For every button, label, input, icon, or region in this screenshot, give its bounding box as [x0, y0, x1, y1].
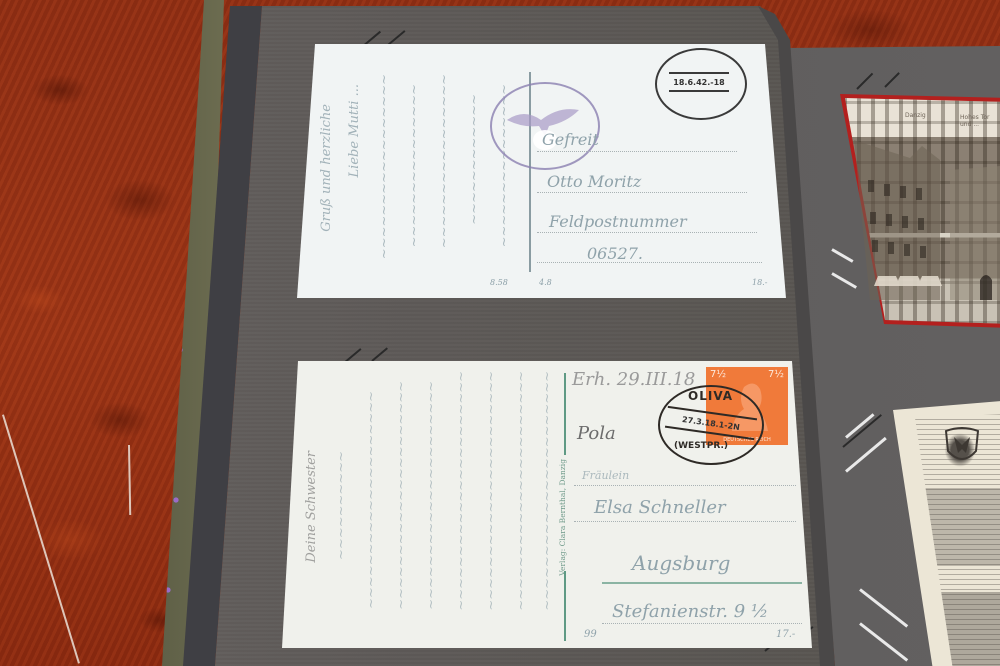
corner-number: 17.- [776, 629, 795, 640]
postmark-date: 27.3.18.1-2N [665, 406, 757, 440]
postcard-bottom: Deine Schwester ~~~~~~~~~~ ~~~~~~~~~~~~~… [282, 361, 812, 648]
signature: Deine Schwester [304, 451, 319, 563]
card-divider [564, 373, 566, 455]
postmark-feldpost: 18.6.42.-18 [655, 48, 747, 120]
corner-number: 18.- [752, 278, 767, 287]
address-line: Elsa Schneller [594, 497, 726, 518]
received-note: Erh. 29.III.18 [572, 369, 695, 390]
message-line: ~~~~~~~~~~~~~~~~~ [377, 74, 392, 259]
postmark-date: 18.6.42.-18 [669, 72, 729, 92]
address-line: Stefanienstr. 9 ½ [612, 601, 768, 622]
corner-number: 8.58 [490, 278, 508, 287]
publisher-imprint: Verlag: Clara Bernthal, Danzig [558, 459, 567, 576]
address-line: 06527. [587, 244, 643, 263]
message-line: ~~~~~~~~~~ [334, 451, 349, 560]
address-line: Feldpostnummer [549, 212, 687, 231]
address-dotline [602, 623, 802, 624]
eagle-service-stamp-icon [489, 80, 601, 172]
postcard-top: Liebe Mutti ... Gruß und herzliche ~~~~~… [297, 44, 786, 298]
card-divider [564, 621, 566, 641]
address-line: Fräulein [582, 469, 629, 482]
coat-of-arms-icon [940, 425, 984, 469]
photo-caption-right: Hohes Tor und ... [960, 114, 1000, 128]
address-underline [602, 582, 802, 584]
message-line: ~~~~~~~~~~~~~~~~~~~~~~ [484, 371, 499, 611]
corner-number: 99 [584, 629, 597, 640]
message-line: ~~~~~~~~~~~~~~~~~~~~~ [394, 381, 409, 610]
postmark-oliva: OLIVA 27.3.18.1-2N (WESTPR.) [658, 385, 764, 465]
postmark-town: OLIVA [688, 389, 733, 403]
address-dotline [574, 485, 796, 486]
address-line: Gefreit [542, 130, 599, 149]
message-line: ~~~~~~~~~~~~~~~~~~~~~~ [540, 371, 555, 611]
destination-note: Pola [577, 423, 616, 444]
postmark-region: (WESTPR.) [674, 441, 728, 451]
message-line: ~~~~~~~~~~~~~~~~~~~~ [364, 391, 379, 609]
message-line: ~~~~~~~~~~~~~~~~~~~~~~ [514, 371, 529, 611]
message-line: ~~~~~~~~~~~~~~~~~~~~~~ [454, 371, 469, 611]
address-dotline [537, 232, 757, 233]
address-line: Otto Moritz [547, 172, 641, 191]
address-dotline [537, 192, 747, 193]
address-dotline [574, 521, 796, 522]
address-dotline [537, 151, 737, 152]
message-line: ~~~~~~~~~~~~~~~~~~~~~ [424, 381, 439, 610]
building-facade-icon [850, 130, 1000, 310]
message-line: ~~~~~~~~~~~~~~~ [407, 84, 422, 247]
message-line: ~~~~~~~~~~~~ [467, 94, 482, 225]
address-dotline [537, 262, 762, 263]
corner-number: 4.8 [539, 278, 552, 287]
message-line: ~~~~~~~~~~~~~~~~ [437, 74, 452, 248]
photo-caption-left: Danzig [905, 112, 926, 119]
card-divider [564, 571, 566, 621]
message-line: Liebe Mutti ... [347, 84, 362, 177]
address-line: Augsburg [632, 551, 730, 575]
message-line: Gruß und herzliche [319, 104, 334, 232]
